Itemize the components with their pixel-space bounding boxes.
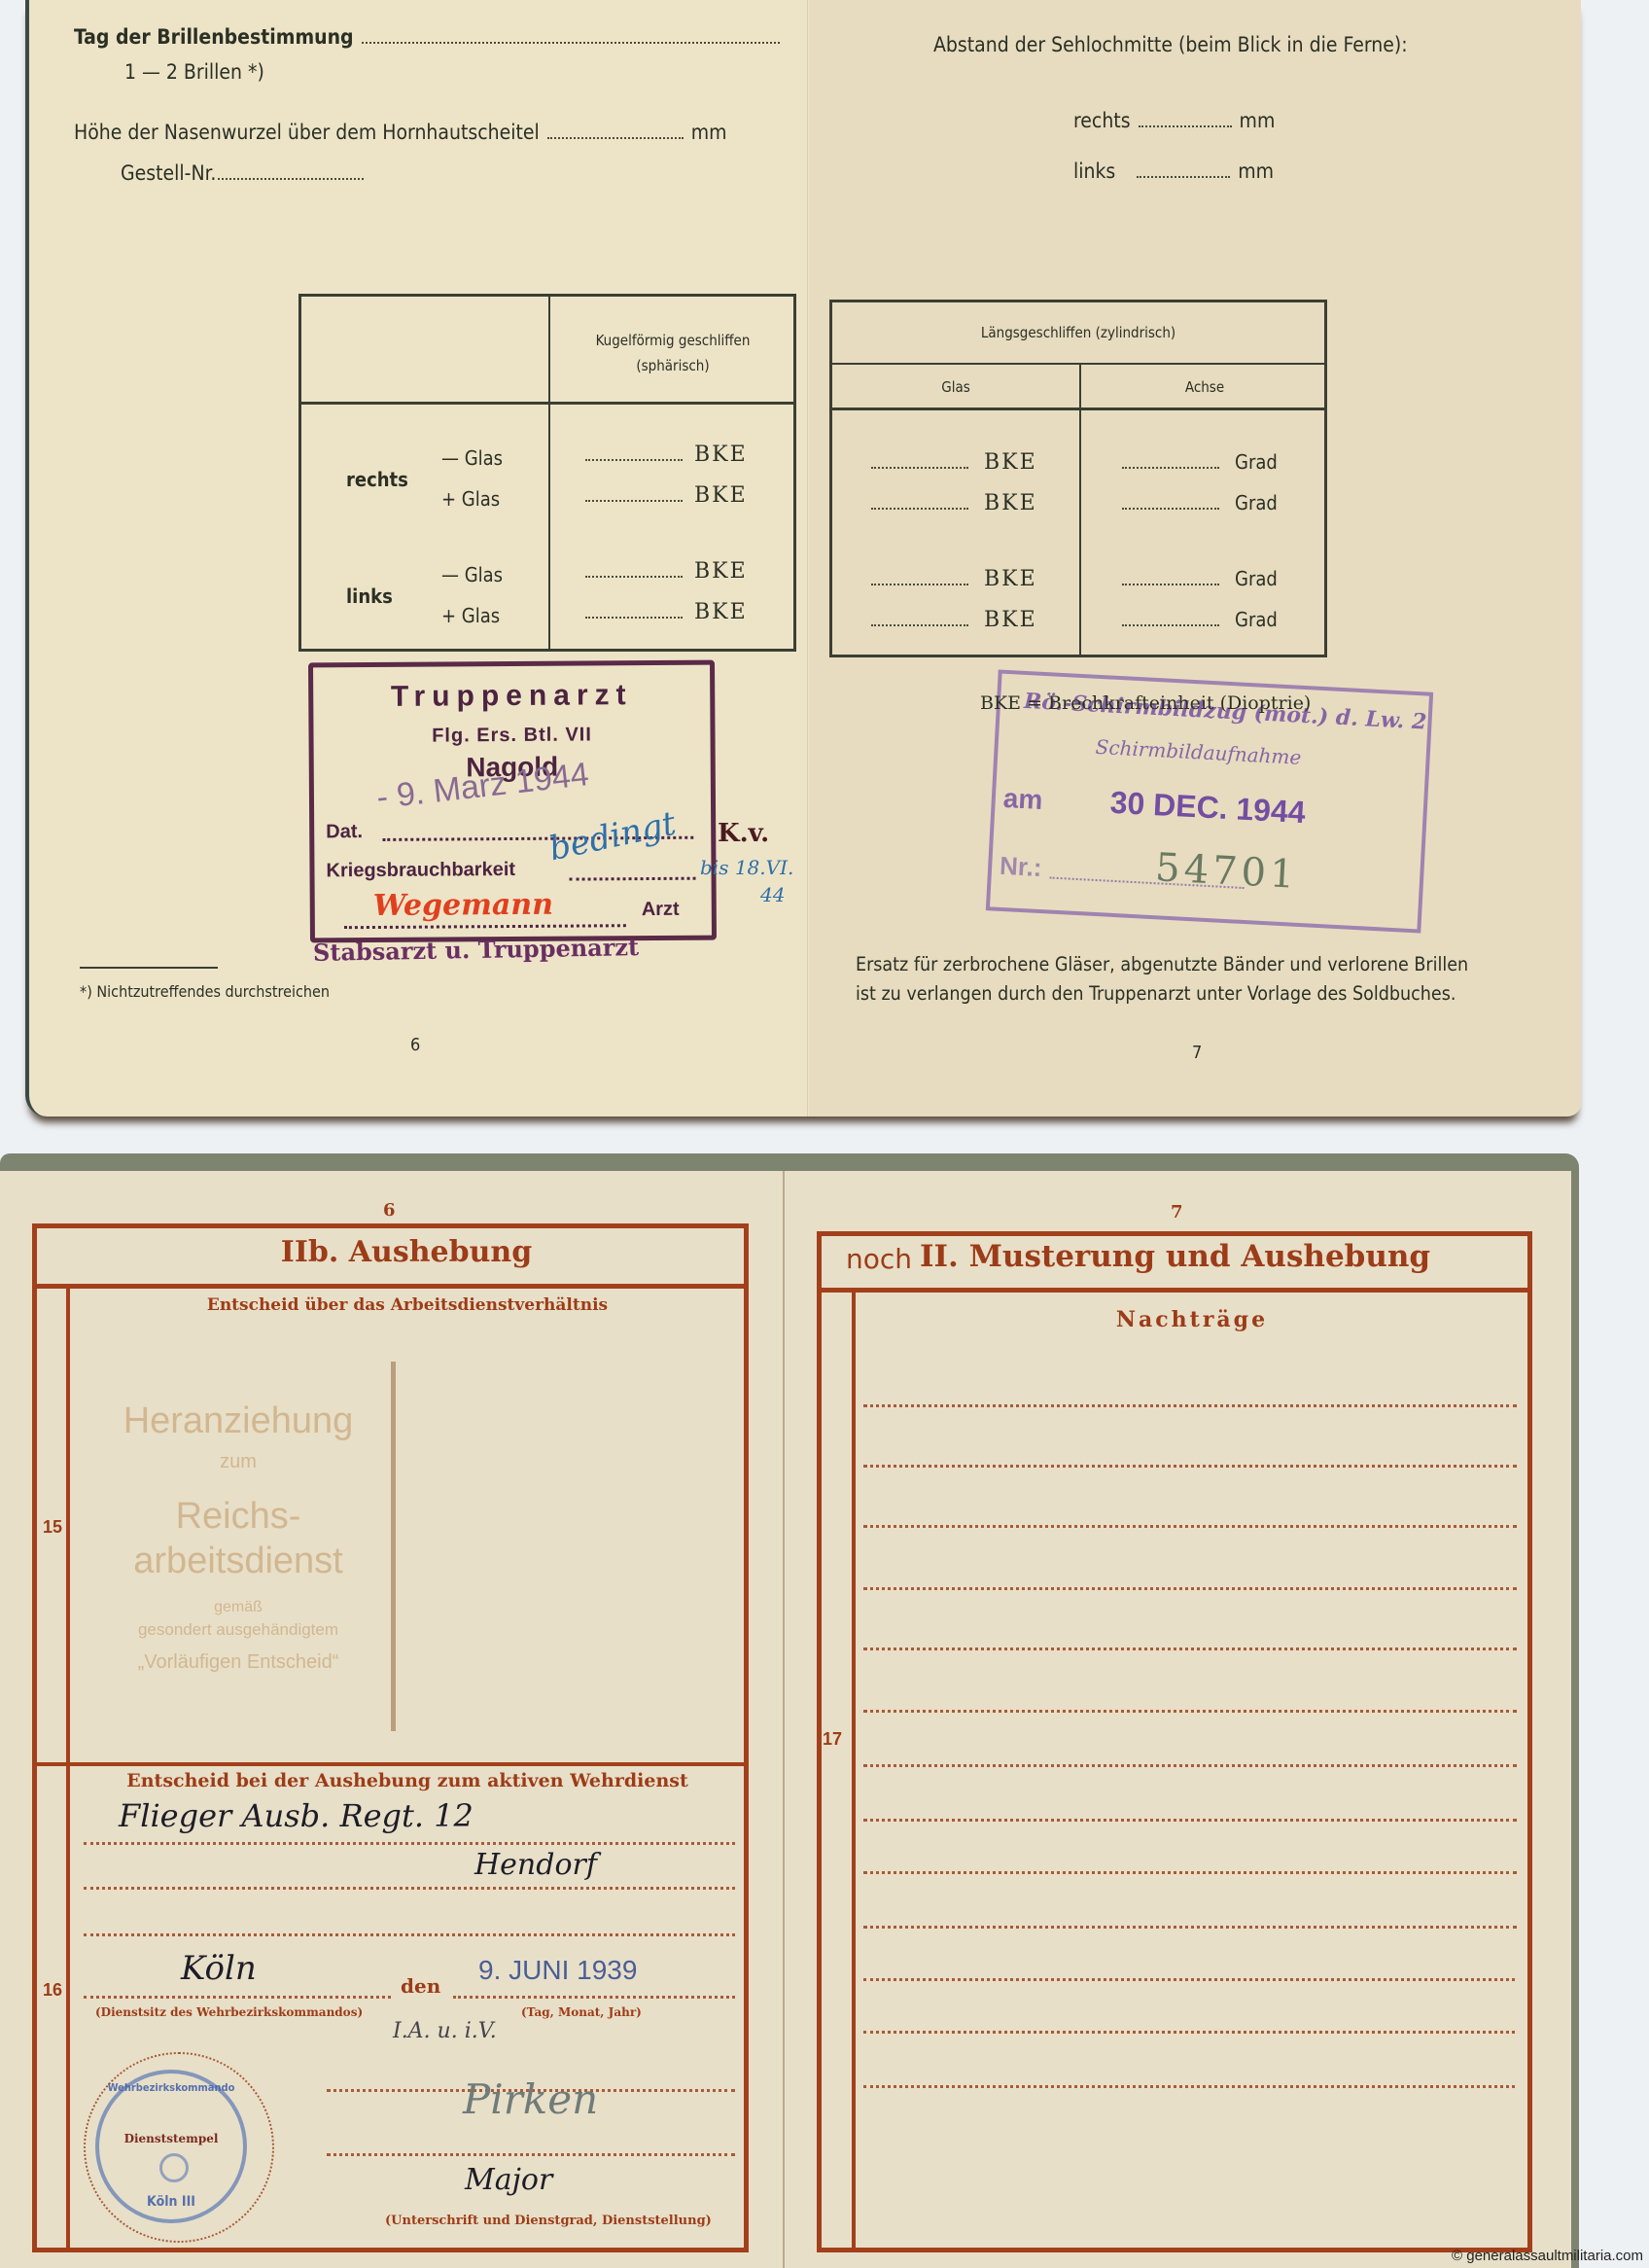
row-number-17: 17 bbox=[823, 1729, 842, 1750]
label-nr: Nr.: bbox=[999, 851, 1042, 883]
rad-stamp-line: zum bbox=[88, 1451, 389, 1473]
bottom-booklet-spread: 6 IIb. Aushebung Entscheid über das Arbe… bbox=[0, 1171, 1571, 2268]
divider bbox=[817, 1288, 1532, 1293]
blank-line bbox=[84, 1996, 391, 1999]
unit-mm: mm bbox=[1240, 109, 1276, 132]
header-sphaerisch: (sphärisch) bbox=[556, 357, 789, 374]
page-number-left: 6 bbox=[410, 1035, 420, 1055]
blank-line bbox=[863, 1404, 1517, 1407]
blank-line bbox=[863, 1465, 1517, 1468]
rad-stamp-line: gesondert ausgehändigtem bbox=[88, 1620, 389, 1640]
divider bbox=[32, 1284, 749, 1289]
blank-line bbox=[863, 1819, 1517, 1822]
caption-date: (Tag, Monat, Jahr) bbox=[521, 2005, 642, 2019]
blank-line bbox=[84, 1887, 735, 1890]
row-number-column bbox=[66, 1284, 70, 2252]
label-rechts: rechts bbox=[346, 468, 408, 491]
blank-line bbox=[453, 1996, 735, 1999]
value-bke: BKE bbox=[585, 443, 748, 467]
blank-line bbox=[863, 1926, 1517, 1929]
page-number-left: 6 bbox=[383, 1200, 396, 1221]
value-bke: BKE bbox=[585, 600, 748, 624]
seal-bottom-text: Köln III bbox=[99, 2194, 243, 2210]
header-achse: Achse bbox=[1081, 378, 1328, 396]
blank-line bbox=[863, 1710, 1517, 1713]
label-nasenwurzel: Höhe der Nasenwurzel über dem Hornhautsc… bbox=[74, 121, 540, 144]
blank-line bbox=[863, 2085, 1515, 2088]
value-bke: BKE bbox=[871, 567, 1037, 591]
stamp-line2: Schirmbildaufnahme bbox=[1095, 735, 1302, 769]
value-bke: BKE bbox=[871, 450, 1037, 475]
value-bke: BKE bbox=[871, 608, 1037, 632]
page-number-right: 7 bbox=[1192, 1043, 1202, 1063]
blank-line bbox=[344, 924, 626, 929]
label-den: den bbox=[401, 1974, 440, 1998]
value-bke: BKE bbox=[585, 559, 748, 584]
blank-line bbox=[84, 1842, 735, 1845]
label-dat: Dat. bbox=[326, 821, 363, 843]
label-links: links bbox=[1073, 159, 1115, 183]
unit-mm: mm bbox=[691, 121, 727, 144]
replacement-note-line1: Ersatz für zerbrochene Gläser, abgenutzt… bbox=[856, 953, 1468, 975]
value-grad: Grad bbox=[1122, 567, 1278, 590]
handwritten-rank: Major bbox=[465, 2163, 552, 2197]
label-minus-glas: — Glas bbox=[441, 446, 503, 470]
caption-dienstsitz: (Dienstsitz des Wehrbezirkskommandos) bbox=[95, 2005, 363, 2019]
row-number-15: 15 bbox=[43, 1517, 62, 1538]
handwritten-unit: Flieger Ausb. Regt. 12 bbox=[119, 1797, 474, 1834]
section-title: IIb. Aushebung bbox=[0, 1235, 813, 1269]
value-bke: BKE bbox=[871, 491, 1037, 515]
stamp-rank: Stabsarzt u. Truppenarzt bbox=[313, 933, 640, 967]
label-plus-glas: + Glas bbox=[441, 604, 500, 627]
label-brillenbestimmung: Tag der Brillenbestimmung bbox=[74, 25, 354, 49]
blank-line bbox=[863, 1978, 1515, 1981]
rad-stamp-line: Reichs- bbox=[88, 1496, 389, 1538]
value-grad: Grad bbox=[1122, 491, 1278, 514]
header-laengsgeschliffen: Längsgeschliffen (zylindrisch) bbox=[832, 324, 1324, 341]
value-grad: Grad bbox=[1122, 450, 1278, 474]
signature-officer: Pirken bbox=[463, 2075, 598, 2123]
field-rechts-mm: rechtsmm bbox=[1073, 109, 1275, 132]
handwritten-iaidv: I.A. u. i.V. bbox=[393, 2019, 497, 2043]
top-booklet-spread: Tag der Brillenbestimmung 1 — 2 Brillen … bbox=[25, 0, 1581, 1116]
replacement-note-line2: ist zu verlangen durch den Truppenarzt u… bbox=[856, 982, 1456, 1005]
handwritten-place: Köln bbox=[181, 1949, 257, 1988]
header-kugelfoermig: Kugelförmig geschliffen bbox=[556, 332, 789, 349]
label-links: links bbox=[346, 585, 393, 608]
blank-line bbox=[1139, 122, 1232, 127]
caption-signature: (Unterschrift und Dienstgrad, Dienststel… bbox=[385, 2214, 712, 2228]
rad-stamp-line: „Vorläufigen Entscheid“ bbox=[88, 1651, 389, 1674]
copyright-watermark: © generalassaultmilitaria.com bbox=[1452, 2248, 1643, 2264]
blank-line bbox=[84, 1933, 735, 1936]
blank-line bbox=[218, 174, 364, 180]
stamp-number: 54701 bbox=[1154, 845, 1299, 898]
table-spherical: Kugelförmig geschliffen (sphärisch) rech… bbox=[298, 294, 796, 652]
seal-ring-text: Wehrbezirkskommando bbox=[99, 2081, 243, 2094]
blank-line bbox=[863, 1648, 1517, 1650]
subheading-nachtraege: Nachträge bbox=[852, 1307, 1532, 1332]
page-fold bbox=[807, 0, 809, 1116]
stamp-kv: K.v. bbox=[718, 819, 769, 848]
blank-line bbox=[547, 133, 684, 139]
label-rechts: rechts bbox=[1073, 109, 1131, 132]
blank-line bbox=[570, 877, 696, 881]
row-number-16: 16 bbox=[43, 1980, 62, 2001]
page-number-right: 7 bbox=[1171, 1202, 1183, 1223]
blank-line bbox=[327, 2153, 735, 2156]
stamp-bar bbox=[391, 1362, 396, 1731]
rad-stamp-line: arbeitsdienst bbox=[88, 1541, 389, 1582]
field-links-mm: linksmm bbox=[1073, 159, 1274, 183]
blank-line bbox=[1137, 172, 1230, 178]
handwritten-location: Hendorf bbox=[474, 1848, 597, 1882]
handwritten-until: bis 18.VI. bbox=[700, 856, 793, 879]
field-nasenwurzel: Höhe der Nasenwurzel über dem Hornhautsc… bbox=[74, 121, 727, 144]
header-glas: Glas bbox=[832, 378, 1079, 396]
blank-line bbox=[863, 1871, 1517, 1874]
divider bbox=[32, 1762, 749, 1766]
blank-line bbox=[863, 1525, 1517, 1528]
rad-stamp-line: Heranziehung bbox=[88, 1400, 389, 1442]
blank-line bbox=[362, 38, 780, 44]
official-seal: Wehrbezirkskommando Dienststempel Köln I… bbox=[95, 2070, 247, 2223]
field-gestell-nr: Gestell-Nr. bbox=[121, 161, 371, 185]
signature-doctor: Wegemann bbox=[373, 888, 553, 923]
unit-mm: mm bbox=[1238, 159, 1274, 183]
value-grad: Grad bbox=[1122, 608, 1278, 631]
table-cylindrical: Längsgeschliffen (zylindrisch) Glas Achs… bbox=[829, 300, 1327, 657]
label-kriegsbrauchbarkeit: Kriegsbrauchbarkeit bbox=[326, 859, 515, 882]
stamp-unit: Flg. Ers. Btl. VII bbox=[313, 724, 710, 749]
handwritten-year: 44 bbox=[760, 883, 785, 906]
stamp-title: Truppenarzt bbox=[313, 679, 710, 715]
form-frame-right bbox=[817, 1231, 1532, 2252]
blank-line bbox=[863, 1587, 1517, 1590]
rad-stamp-line: gemäß bbox=[88, 1599, 389, 1616]
label-arzt: Arzt bbox=[642, 899, 680, 921]
section15-heading: Entscheid über das Arbeitsdienstverhältn… bbox=[66, 1295, 749, 1315]
date-stamp: 9. JUNI 1939 bbox=[478, 1955, 637, 1986]
label-brillen-count: 1 — 2 Brillen *) bbox=[124, 60, 264, 84]
seal-caption: Dienststempel bbox=[99, 2132, 243, 2145]
blank-line bbox=[863, 1764, 1517, 1767]
label-am: am bbox=[1002, 783, 1043, 816]
footnote-divider bbox=[80, 967, 218, 969]
footnote: *) Nichtzutreffendes durchstreichen bbox=[80, 982, 330, 1001]
value-bke: BKE bbox=[585, 483, 748, 508]
section16-heading: Entscheid bei der Aushebung zum aktiven … bbox=[66, 1770, 749, 1791]
label-gestell-nr: Gestell-Nr. bbox=[121, 161, 216, 185]
row-number-column bbox=[852, 1288, 856, 2252]
bke-definition: BKE = Brechkrafteinheit (Dioptrie) bbox=[980, 692, 1311, 714]
stamp-date: 30 DEC. 1944 bbox=[1109, 785, 1307, 831]
eagle-emblem-icon bbox=[159, 2153, 189, 2182]
title-prefix: noch bbox=[846, 1243, 912, 1275]
field-brillenbestimmung: Tag der Brillenbestimmung bbox=[74, 25, 788, 49]
page-fold bbox=[783, 1171, 785, 2268]
heading-sehlochmitte: Abstand der Sehlochmitte (beim Blick in … bbox=[933, 33, 1408, 56]
section-title-right: II. Musterung und Aushebung bbox=[920, 1239, 1430, 1274]
label-plus-glas: + Glas bbox=[441, 487, 500, 511]
stamp-truppenarzt: Truppenarzt Flg. Ers. Btl. VII Nagold - … bbox=[308, 660, 717, 943]
blank-line bbox=[863, 2031, 1515, 2034]
label-minus-glas: — Glas bbox=[441, 563, 503, 586]
